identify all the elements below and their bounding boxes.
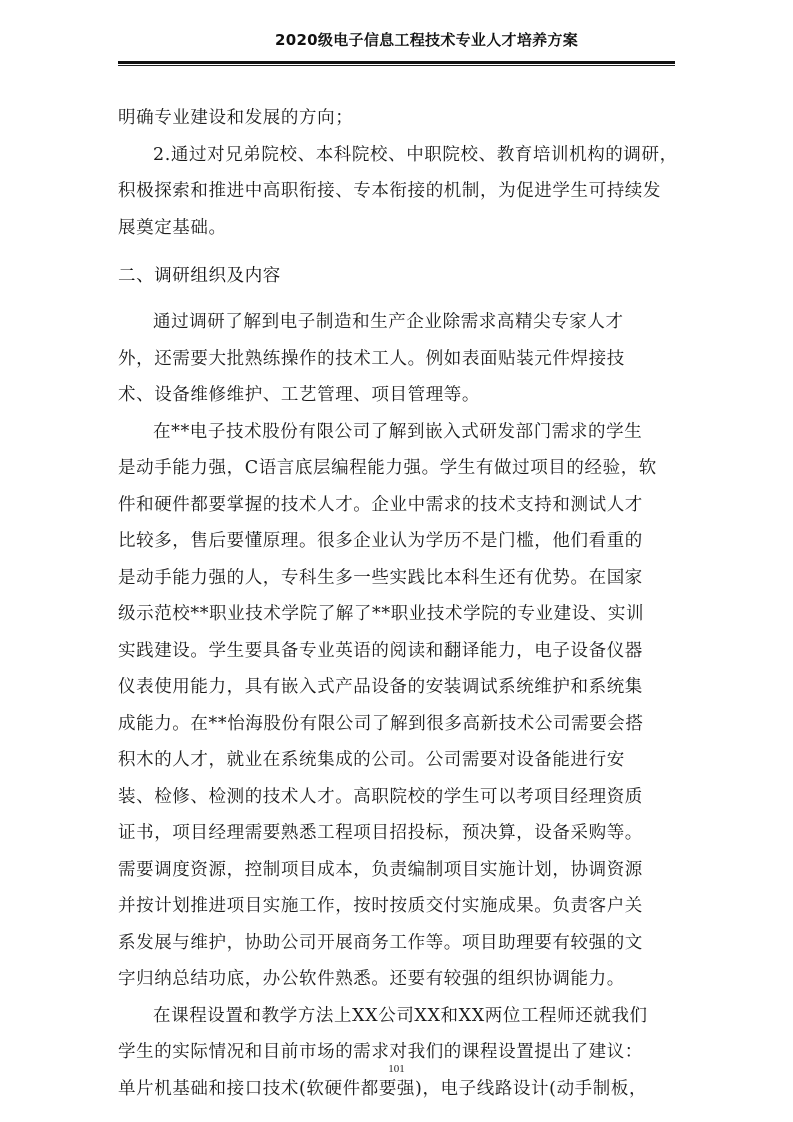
header-rule <box>118 61 675 67</box>
text-line: 并按计划推进项目实施工作，按时按质交付实施成果。负责客户关 <box>118 888 678 925</box>
text-line: 明确专业建设和发展的方向； <box>118 100 678 137</box>
section-heading: 二、调研组织及内容 <box>118 258 678 294</box>
text-line: 是动手能力强，C语言底层编程能力强。学生有做过项目的经验，软 <box>118 450 678 487</box>
paragraph-course-suggestions: 在课程设置和教学方法上XX公司XX和XX两位工程师还就我们 学生的实际情况和目前… <box>118 998 678 1108</box>
text-line: 需要调度资源，控制项目成本，负责编制项目实施计划，协调资源 <box>118 852 678 889</box>
text-line: 单片机基础和接口技术(软硬件都要强)，电子线路设计(动手制板， <box>118 1071 678 1108</box>
text-line: 装、检修、检测的技术人才。高职院校的学生可以考项目经理资质 <box>118 779 678 816</box>
text-line: 字归纳总结功底，办公软件熟悉。还要有较强的组织协调能力。 <box>118 961 678 998</box>
text-line: 是动手能力强的人，专科生多一些实践比本科生还有优势。在国家 <box>118 560 678 597</box>
text-line: 证书，项目经理需要熟悉工程项目招投标，预决算，设备采购等。 <box>118 815 678 852</box>
text-line: 系发展与维护，协助公司开展商务工作等。项目助理要有较强的文 <box>118 925 678 962</box>
text-line: 实践建设。学生要具备专业英语的阅读和翻译能力，电子设备仪器 <box>118 633 678 670</box>
text-line: 件和硬件都要掌握的技术人才。企业中需求的技术支持和测试人才 <box>118 487 678 524</box>
header-rule-thin <box>118 65 675 66</box>
text-line: 在**电子技术股份有限公司了解到嵌入式研发部门需求的学生 <box>118 414 678 451</box>
text-line: 外，还需要大批熟练操作的技术工人。例如表面贴装元件焊接技 <box>118 341 678 378</box>
text-line: 级示范校**职业技术学院了解了**职业技术学院的专业建设、实训 <box>118 596 678 633</box>
page-header: 2020级电子信息工程技术专业人才培养方案 <box>118 30 675 50</box>
paragraph-item-2: 2.通过对兄弟院校、本科院校、中职院校、教育培训机构的调研， 积极探索和推进中高… <box>118 137 678 247</box>
text-line: 比较多，售后要懂原理。很多企业认为学历不是门槛，他们看重的 <box>118 523 678 560</box>
text-line: 2.通过对兄弟院校、本科院校、中职院校、教育培训机构的调研， <box>118 137 678 174</box>
document-title: 2020级电子信息工程技术专业人才培养方案 <box>118 30 675 50</box>
text-line: 仪表使用能力，具有嵌入式产品设备的安装调试系统维护和系统集 <box>118 669 678 706</box>
text-line: 积极探索和推进中高职衔接、专本衔接的机制，为促进学生可持续发 <box>118 173 678 210</box>
text-line: 展奠定基础。 <box>118 210 678 247</box>
text-line: 成能力。在**怡海股份有限公司了解到很多高新技术公司需要会搭 <box>118 706 678 743</box>
text-line: 术、设备维修维护、工艺管理、项目管理等。 <box>118 377 678 414</box>
page-number: 101 <box>0 1063 793 1075</box>
paragraph-company-findings: 在**电子技术股份有限公司了解到嵌入式研发部门需求的学生 是动手能力强，C语言底… <box>118 414 678 998</box>
text-line: 在课程设置和教学方法上XX公司XX和XX两位工程师还就我们 <box>118 998 678 1035</box>
text-line: 积木的人才，就业在系统集成的公司。公司需要对设备能进行安 <box>118 742 678 779</box>
document-body: 明确专业建设和发展的方向； 2.通过对兄弟院校、本科院校、中职院校、教育培训机构… <box>118 100 678 1107</box>
paragraph-continuation: 明确专业建设和发展的方向； <box>118 100 678 137</box>
text-line: 通过调研了解到电子制造和生产企业除需求高精尖专家人才 <box>118 304 678 341</box>
paragraph-research-overview: 通过调研了解到电子制造和生产企业除需求高精尖专家人才 外，还需要大批熟练操作的技… <box>118 304 678 414</box>
